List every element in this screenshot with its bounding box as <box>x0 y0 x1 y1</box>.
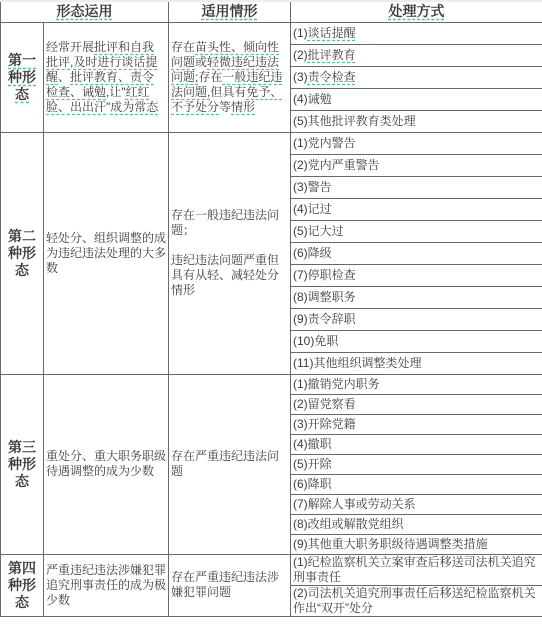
text-segment: (6)降职 <box>293 477 332 491</box>
keyword-link[interactable]: 责令检查 <box>308 70 356 84</box>
text-segment: 轻处分、组织调整的成为违纪违法处理的大多数 <box>46 231 166 275</box>
table-row: 第二种形态轻处分、组织调整的成为违纪违法处理的大多数存在一般违纪违法问题；违纪违… <box>1 132 542 154</box>
text-segment: 或 <box>195 55 207 69</box>
text-segment: (8)调整职务 <box>293 290 356 304</box>
text-segment: 存在严重违纪违法涉嫌犯罪问题 <box>171 570 279 599</box>
method-item-cell: (2)司法机关追究刑事责任后移送纪检监察机关作出“双开”处分 <box>291 585 542 616</box>
text-segment: 重处分、重大职务职级待遇调整的成为少数 <box>46 449 166 478</box>
situation-cell: 存在严重违纪违法涉嫌犯罪问题 <box>169 554 291 616</box>
paragraph: 存在一般违纪违法问题； <box>171 208 288 238</box>
text-segment: ,让" <box>106 85 126 99</box>
text-segment: (5)其他批评教育类处理 <box>293 114 416 128</box>
text-segment: (6)降级 <box>293 246 332 260</box>
text-segment: (3)警告 <box>293 180 332 194</box>
text-segment: (1) <box>293 26 308 40</box>
header-method: 处理方式 <box>291 1 542 22</box>
text-segment: (11)其他组织调整类处理 <box>293 356 421 370</box>
text-segment: (1)纪检监察机关立案审查后移送司法机关追究刑事责任 <box>293 555 536 584</box>
text-segment: (3)开除党籍 <box>293 417 356 431</box>
form-label-cell: 第三种形态 <box>1 374 44 554</box>
method-item-cell: (9)责令辞职 <box>291 308 542 330</box>
text-segment: (4)诫勉 <box>293 92 332 106</box>
paragraph: 轻处分、组织调整的成为违纪违法处理的大多数 <box>46 231 166 276</box>
keyword-link[interactable]: 成为常态 <box>110 100 158 114</box>
usage-cell: 轻处分、组织调整的成为违纪违法处理的大多数 <box>44 132 169 374</box>
method-item-cell: (3)开除党籍 <box>291 414 542 434</box>
text-segment: (7)解除人事或劳动关系 <box>293 497 416 511</box>
text-segment: 第二种形态 <box>8 228 36 278</box>
text-segment: (2)党内严重警告 <box>293 158 380 172</box>
text-segment: (4)记过 <box>293 202 332 216</box>
text-segment: (2)留党察看 <box>293 397 356 411</box>
method-item-cell: (1)纪检监察机关立案审查后移送司法机关追究刑事责任 <box>291 554 542 585</box>
method-item-cell: (1)党内警告 <box>291 132 542 154</box>
text-segment: 第四种形态 <box>8 560 36 610</box>
method-item-cell: (8)调整职务 <box>291 286 542 308</box>
header-usage: 形态运用 <box>1 1 169 22</box>
method-item-cell: (1)谈话提醒 <box>291 22 542 44</box>
text-segment: (2)司法机关追究刑事责任后移送纪检监察机关作出“双开”处分 <box>293 586 536 615</box>
text-segment: (10)免职 <box>293 334 338 348</box>
text-segment: (5)开除 <box>293 457 332 471</box>
method-item-cell: (8)改组或解散党组织 <box>291 514 542 534</box>
method-item-cell: (4)诫勉 <box>291 88 542 110</box>
table-row: 第四种形态严重违纪违法涉嫌犯罪追究刑事责任的成为极少数存在严重违纪违法涉嫌犯罪问… <box>1 554 542 585</box>
method-item-cell: (3)警告 <box>291 176 542 198</box>
text-segment: 存在严重违纪违法问题 <box>171 449 279 478</box>
method-item-cell: (6)降级 <box>291 242 542 264</box>
keyword-link[interactable]: 形态运用 <box>57 3 113 19</box>
paragraph: 严重违纪违法涉嫌犯罪追究刑事责任的成为极少数 <box>46 563 166 608</box>
table-body: 第一种形态经常开展批评和自我批评,及时进行谈话提醒、批评教育、责令检查、诫勉,让… <box>1 22 542 616</box>
header-situation: 适用情形 <box>169 1 291 22</box>
keyword-link[interactable]: 处理方式 <box>389 3 445 19</box>
situation-cell: 存在一般违纪违法问题；违纪违法问题严重但具有从轻、减轻处分情形 <box>169 132 291 374</box>
text-segment: (3) <box>293 70 308 84</box>
text-segment: (1)党内警告 <box>293 136 356 150</box>
method-item-cell: (4)记过 <box>291 198 542 220</box>
method-item-cell: (6)降职 <box>291 474 542 494</box>
text-segment: (2) <box>293 48 308 62</box>
method-item-cell: (2)批评教育 <box>291 44 542 66</box>
method-item-cell: (9)其他重大职务职级待遇调整类措施 <box>291 534 542 554</box>
text-segment: (5)记大过 <box>293 224 344 238</box>
paragraph: 经常开展批评和自我批评,及时进行谈话提醒、批评教育、责令检查、诫勉,让"红红脸、… <box>46 40 166 115</box>
text-segment: (1)撤销党内职务 <box>293 377 380 391</box>
method-item-cell: (2)党内严重警告 <box>291 154 542 176</box>
text-segment: 等 <box>219 100 231 114</box>
text-segment: 存在 <box>171 40 195 54</box>
text-segment: 经常开展 <box>46 40 94 54</box>
text-segment: 存在 <box>198 70 222 84</box>
usage-cell: 严重违纪违法涉嫌犯罪追究刑事责任的成为极少数 <box>44 554 169 616</box>
method-item-cell: (7)解除人事或劳动关系 <box>291 494 542 514</box>
keyword-link[interactable]: 第一种形态 <box>8 52 36 102</box>
method-item-cell: (7)停职检查 <box>291 264 542 286</box>
text-segment: (7)停职检查 <box>293 268 356 282</box>
keyword-link[interactable]: 适用情形 <box>202 3 258 19</box>
keyword-link[interactable]: 情形 <box>231 100 255 114</box>
text-segment: (8)改组或解散党组织 <box>293 517 404 531</box>
keyword-link[interactable]: 批评教育 <box>308 48 356 62</box>
usage-cell: 重处分、重大职务职级待遇调整的成为少数 <box>44 374 169 554</box>
header-row: 形态运用 适用情形 处理方式 <box>1 1 542 22</box>
situation-cell: 存在严重违纪违法问题 <box>169 374 291 554</box>
method-item-cell: (2)留党察看 <box>291 394 542 414</box>
situation-cell: 存在苗头性、倾向性问题或轻微违纪违法问题;存在一般违纪违法问题,但具有免予、不予… <box>169 22 291 132</box>
method-item-cell: (10)免职 <box>291 330 542 352</box>
paragraph: 存在严重违纪违法涉嫌犯罪问题 <box>171 570 288 600</box>
form-label-cell: 第一种形态 <box>1 22 44 132</box>
method-item-cell: (5)开除 <box>291 454 542 474</box>
text-segment: 、 <box>58 70 70 84</box>
keyword-link[interactable]: 谈话提醒 <box>308 26 356 40</box>
text-segment: (9)其他重大职务职级待遇调整类措施 <box>293 537 488 551</box>
method-item-cell: (11)其他组织调整类处理 <box>291 352 542 374</box>
paragraph: 违纪违法问题严重但具有从轻、减轻处分情形 <box>171 253 288 298</box>
method-item-cell: (5)其他批评教育类处理 <box>291 110 542 132</box>
paragraph: 存在苗头性、倾向性问题或轻微违纪违法问题;存在一般违纪违法问题,但具有免予、不予… <box>171 40 288 115</box>
four-forms-table: 形态运用 适用情形 处理方式 第一种形态经常开展批评和自我批评,及时进行谈话提醒… <box>0 0 542 617</box>
table-row: 第一种形态经常开展批评和自我批评,及时进行谈话提醒、批评教育、责令检查、诫勉,让… <box>1 22 542 44</box>
text-segment: 第三种形态 <box>8 439 36 489</box>
usage-cell: 经常开展批评和自我批评,及时进行谈话提醒、批评教育、责令检查、诫勉,让"红红脸、… <box>44 22 169 132</box>
method-item-cell: (1)撤销党内职务 <box>291 374 542 394</box>
text-segment: (9)责令辞职 <box>293 312 356 326</box>
text-segment: 违纪违法问题严重但具有从轻、减轻处分情形 <box>171 253 279 297</box>
paragraph: 存在严重违纪违法问题 <box>171 449 288 479</box>
text-segment: 存在一般违纪违法问题； <box>171 208 279 237</box>
form-label-cell: 第二种形态 <box>1 132 44 374</box>
form-label-cell: 第四种形态 <box>1 554 44 616</box>
text-segment: 但具有 <box>210 85 246 99</box>
method-item-cell: (3)责令检查 <box>291 66 542 88</box>
text-segment: (4)撤职 <box>293 437 332 451</box>
method-item-cell: (5)记大过 <box>291 220 542 242</box>
text-segment: 严重违纪违法涉嫌犯罪追究刑事责任的成为极少数 <box>46 563 166 607</box>
method-item-cell: (4)撤职 <box>291 434 542 454</box>
paragraph: 重处分、重大职务职级待遇调整的成为少数 <box>46 449 166 479</box>
table-row: 第三种形态重处分、重大职务职级待遇调整的成为少数存在严重违纪违法问题(1)撤销党… <box>1 374 542 394</box>
